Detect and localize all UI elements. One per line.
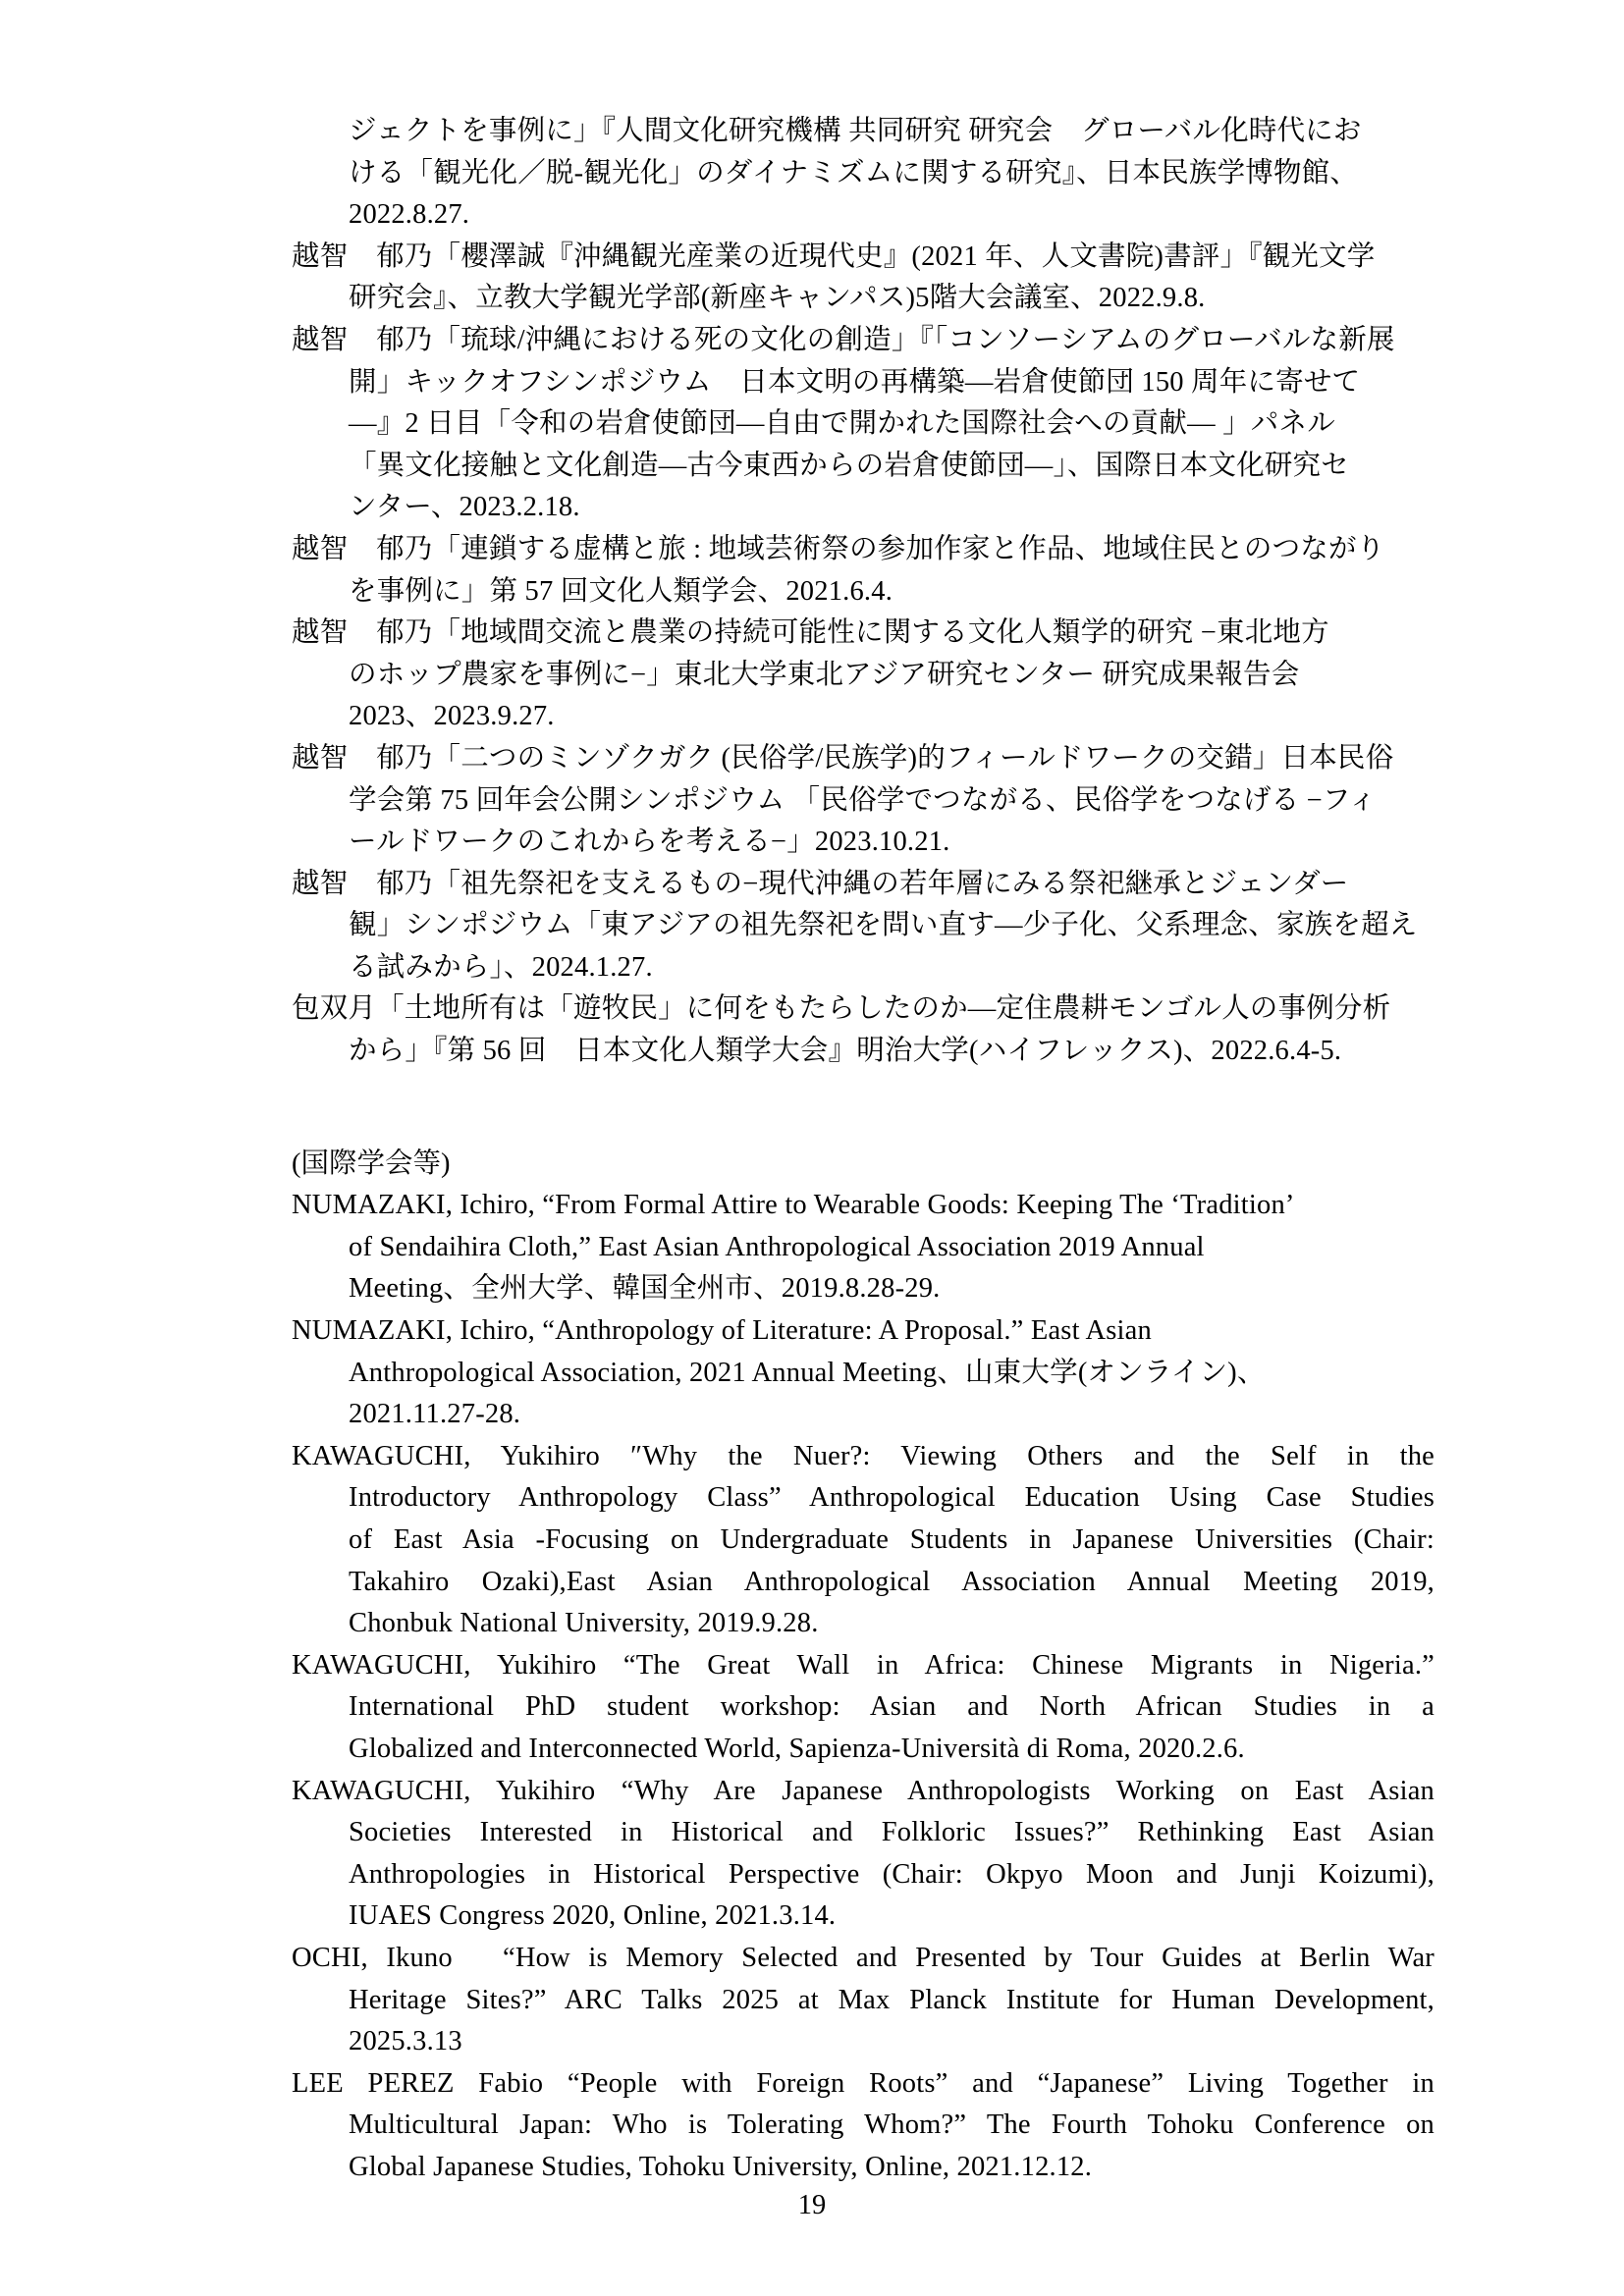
reference-line: ―』2 日目「令和の岩倉使節団―自由で開かれた国際社会への貢献― 」パネル: [349, 403, 1435, 446]
reference-line: を事例に」第 57 回文化人類学会、2021.6.4.: [349, 571, 1435, 614]
reference-line: Societies Interested in Historical and F…: [349, 1812, 1435, 1854]
reference-line: Introductory Anthropology Class” Anthrop…: [349, 1477, 1435, 1520]
reference-line: から」『第 56 回 日本文化人類学大会』明治大学(ハイフレックス)、2022.…: [349, 1031, 1435, 1073]
reference-line: のホップ農家を事例に−」東北大学東北アジア研究センター 研究成果報告会: [349, 655, 1435, 697]
reference-line: 開」キックオフシンポジウム 日本文明の再構築―岩倉使節団 150 周年に寄せて: [349, 362, 1435, 404]
reference-line: Multicultural Japan: Who is Tolerating W…: [349, 2105, 1435, 2147]
reference-entry: NUMAZAKI, Ichiro, “Anthropology of Liter…: [292, 1310, 1435, 1436]
reference-line: 越智 郁乃「琉球/沖縄における死の文化の創造」『「コンソーシアムのグローバルな新…: [292, 320, 1435, 362]
section-international-conferences: NUMAZAKI, Ichiro, “From Formal Attire to…: [292, 1185, 1435, 2188]
publication-list: ジェクトを事例に」『人間文化研究機構 共同研究 研究会 グローバル化時代における…: [292, 111, 1435, 2189]
reference-line: ける「観光化／脱-観光化」のダイナミズムに関する研究』、日本民族学博物館、: [349, 153, 1435, 195]
reference-entry: OCHI, Ikuno “How is Memory Selected and …: [292, 1938, 1435, 2063]
reference-entry: 越智 郁乃「琉球/沖縄における死の文化の創造」『「コンソーシアムのグローバルな新…: [292, 320, 1435, 529]
reference-line: 2025.3.13: [349, 2021, 1435, 2063]
reference-entry: 越智 郁乃「二つのミンゾクガク (民俗学/民族学)的フィールドワークの交錯」日本…: [292, 738, 1435, 864]
section-domestic-conferences-continued: ジェクトを事例に」『人間文化研究機構 共同研究 研究会 グローバル化時代における…: [292, 111, 1435, 1073]
section-heading-international-conferences: (国際学会等): [292, 1144, 1435, 1186]
reference-entry: LEE PEREZ Fabio “People with Foreign Roo…: [292, 2063, 1435, 2189]
reference-entry: 越智 郁乃「地域間交流と農業の持続可能性に関する文化人類学的研究 −東北地方のホ…: [292, 613, 1435, 738]
reference-line: KAWAGUCHI, Yukihiro “Why Are Japanese An…: [292, 1771, 1435, 1813]
reference-entry: KAWAGUCHI, Yukihiro “The Great Wall in A…: [292, 1645, 1435, 1771]
reference-entry: 越智 郁乃「祖先祭祀を支えるもの−現代沖縄の若年層にみる祭祀継承とジェンダー観」…: [292, 864, 1435, 989]
section-gap: [292, 1073, 1435, 1144]
reference-line: OCHI, Ikuno “How is Memory Selected and …: [292, 1938, 1435, 1980]
reference-line: International PhD student workshop: Asia…: [349, 1686, 1435, 1729]
reference-line: 学会第 75 回年会公開シンポジウム 「民俗学でつながる、民俗学をつなげる −フ…: [349, 780, 1435, 823]
reference-line: Globalized and Interconnected World, Sap…: [349, 1729, 1435, 1771]
reference-line: 研究会』、立教大学観光学部(新座キャンパス)5階大会議室、2022.9.8.: [349, 278, 1435, 320]
reference-entry: ジェクトを事例に」『人間文化研究機構 共同研究 研究会 グローバル化時代における…: [292, 111, 1435, 237]
reference-entry: 包双月「土地所有は「遊牧民」に何をもたらしたのか―定住農耕モンゴル人の事例分析か…: [292, 988, 1435, 1072]
reference-line: of East Asia ‐Focusing on Undergraduate …: [349, 1520, 1435, 1562]
reference-line: ンター、2023.2.18.: [349, 487, 1435, 529]
reference-line: LEE PEREZ Fabio “People with Foreign Roo…: [292, 2063, 1435, 2106]
reference-line: 包双月「土地所有は「遊牧民」に何をもたらしたのか―定住農耕モンゴル人の事例分析: [292, 988, 1435, 1031]
reference-line: 越智 郁乃「地域間交流と農業の持続可能性に関する文化人類学的研究 −東北地方: [292, 613, 1435, 655]
reference-line: NUMAZAKI, Ichiro, “Anthropology of Liter…: [292, 1310, 1435, 1353]
reference-line: of Sendaihira Cloth,” East Asian Anthrop…: [349, 1227, 1435, 1269]
reference-line: 2022.8.27.: [349, 194, 1435, 237]
reference-line: 「異文化接触と文化創造―古今東西からの岩倉使節団―」、国際日本文化研究セ: [349, 446, 1435, 488]
reference-line: Anthropologies in Historical Perspective…: [349, 1854, 1435, 1896]
reference-line: Chonbuk National University, 2019.9.28.: [349, 1603, 1435, 1645]
reference-line: る試みから」、2024.1.27.: [349, 947, 1435, 989]
reference-line: ールドワークのこれからを考える−」2023.10.21.: [349, 822, 1435, 864]
reference-entry: 越智 郁乃「連鎖する虚構と旅 : 地域芸術祭の参加作家と作品、地域住民とのつなが…: [292, 529, 1435, 613]
reference-line: Meeting、全州大学、韓国全州市、2019.8.28-29.: [349, 1268, 1435, 1310]
reference-line: KAWAGUCHI, Yukihiro “The Great Wall in A…: [292, 1645, 1435, 1687]
reference-line: 2023、2023.9.27.: [349, 696, 1435, 738]
reference-line: 越智 郁乃「連鎖する虚構と旅 : 地域芸術祭の参加作家と作品、地域住民とのつなが…: [292, 529, 1435, 571]
reference-entry: 越智 郁乃「櫻澤誠『沖縄観光産業の近現代史』(2021 年、人文書院)書評」『観…: [292, 237, 1435, 320]
reference-line: Anthropological Association, 2021 Annual…: [349, 1353, 1435, 1395]
reference-line: 2021.11.27-28.: [349, 1394, 1435, 1436]
reference-entry: KAWAGUCHI, Yukihiro “Why Are Japanese An…: [292, 1771, 1435, 1938]
reference-entry: NUMAZAKI, Ichiro, “From Formal Attire to…: [292, 1185, 1435, 1310]
reference-entry: KAWAGUCHI, Yukihiro ″Why the Nuer?: View…: [292, 1436, 1435, 1645]
reference-line: IUAES Congress 2020, Online, 2021.3.14.: [349, 1896, 1435, 1938]
reference-line: 越智 郁乃「祖先祭祀を支えるもの−現代沖縄の若年層にみる祭祀継承とジェンダー: [292, 864, 1435, 906]
reference-line: Global Japanese Studies, Tohoku Universi…: [349, 2147, 1435, 2189]
reference-line: ジェクトを事例に」『人間文化研究機構 共同研究 研究会 グローバル化時代にお: [349, 111, 1435, 153]
reference-line: KAWAGUCHI, Yukihiro ″Why the Nuer?: View…: [292, 1436, 1435, 1478]
reference-line: 観」シンポジウム「東アジアの祖先祭祀を問い直す―少子化、父系理念、家族を超え: [349, 905, 1435, 947]
reference-line: Heritage Sites?” ARC Talks 2025 at Max P…: [349, 1980, 1435, 2022]
reference-line: Takahiro Ozaki),East Asian Anthropologic…: [349, 1562, 1435, 1604]
page-number: 19: [0, 2185, 1624, 2227]
reference-line: NUMAZAKI, Ichiro, “From Formal Attire to…: [292, 1185, 1435, 1227]
reference-line: 越智 郁乃「二つのミンゾクガク (民俗学/民族学)的フィールドワークの交錯」日本…: [292, 738, 1435, 780]
reference-line: 越智 郁乃「櫻澤誠『沖縄観光産業の近現代史』(2021 年、人文書院)書評」『観…: [292, 237, 1435, 279]
